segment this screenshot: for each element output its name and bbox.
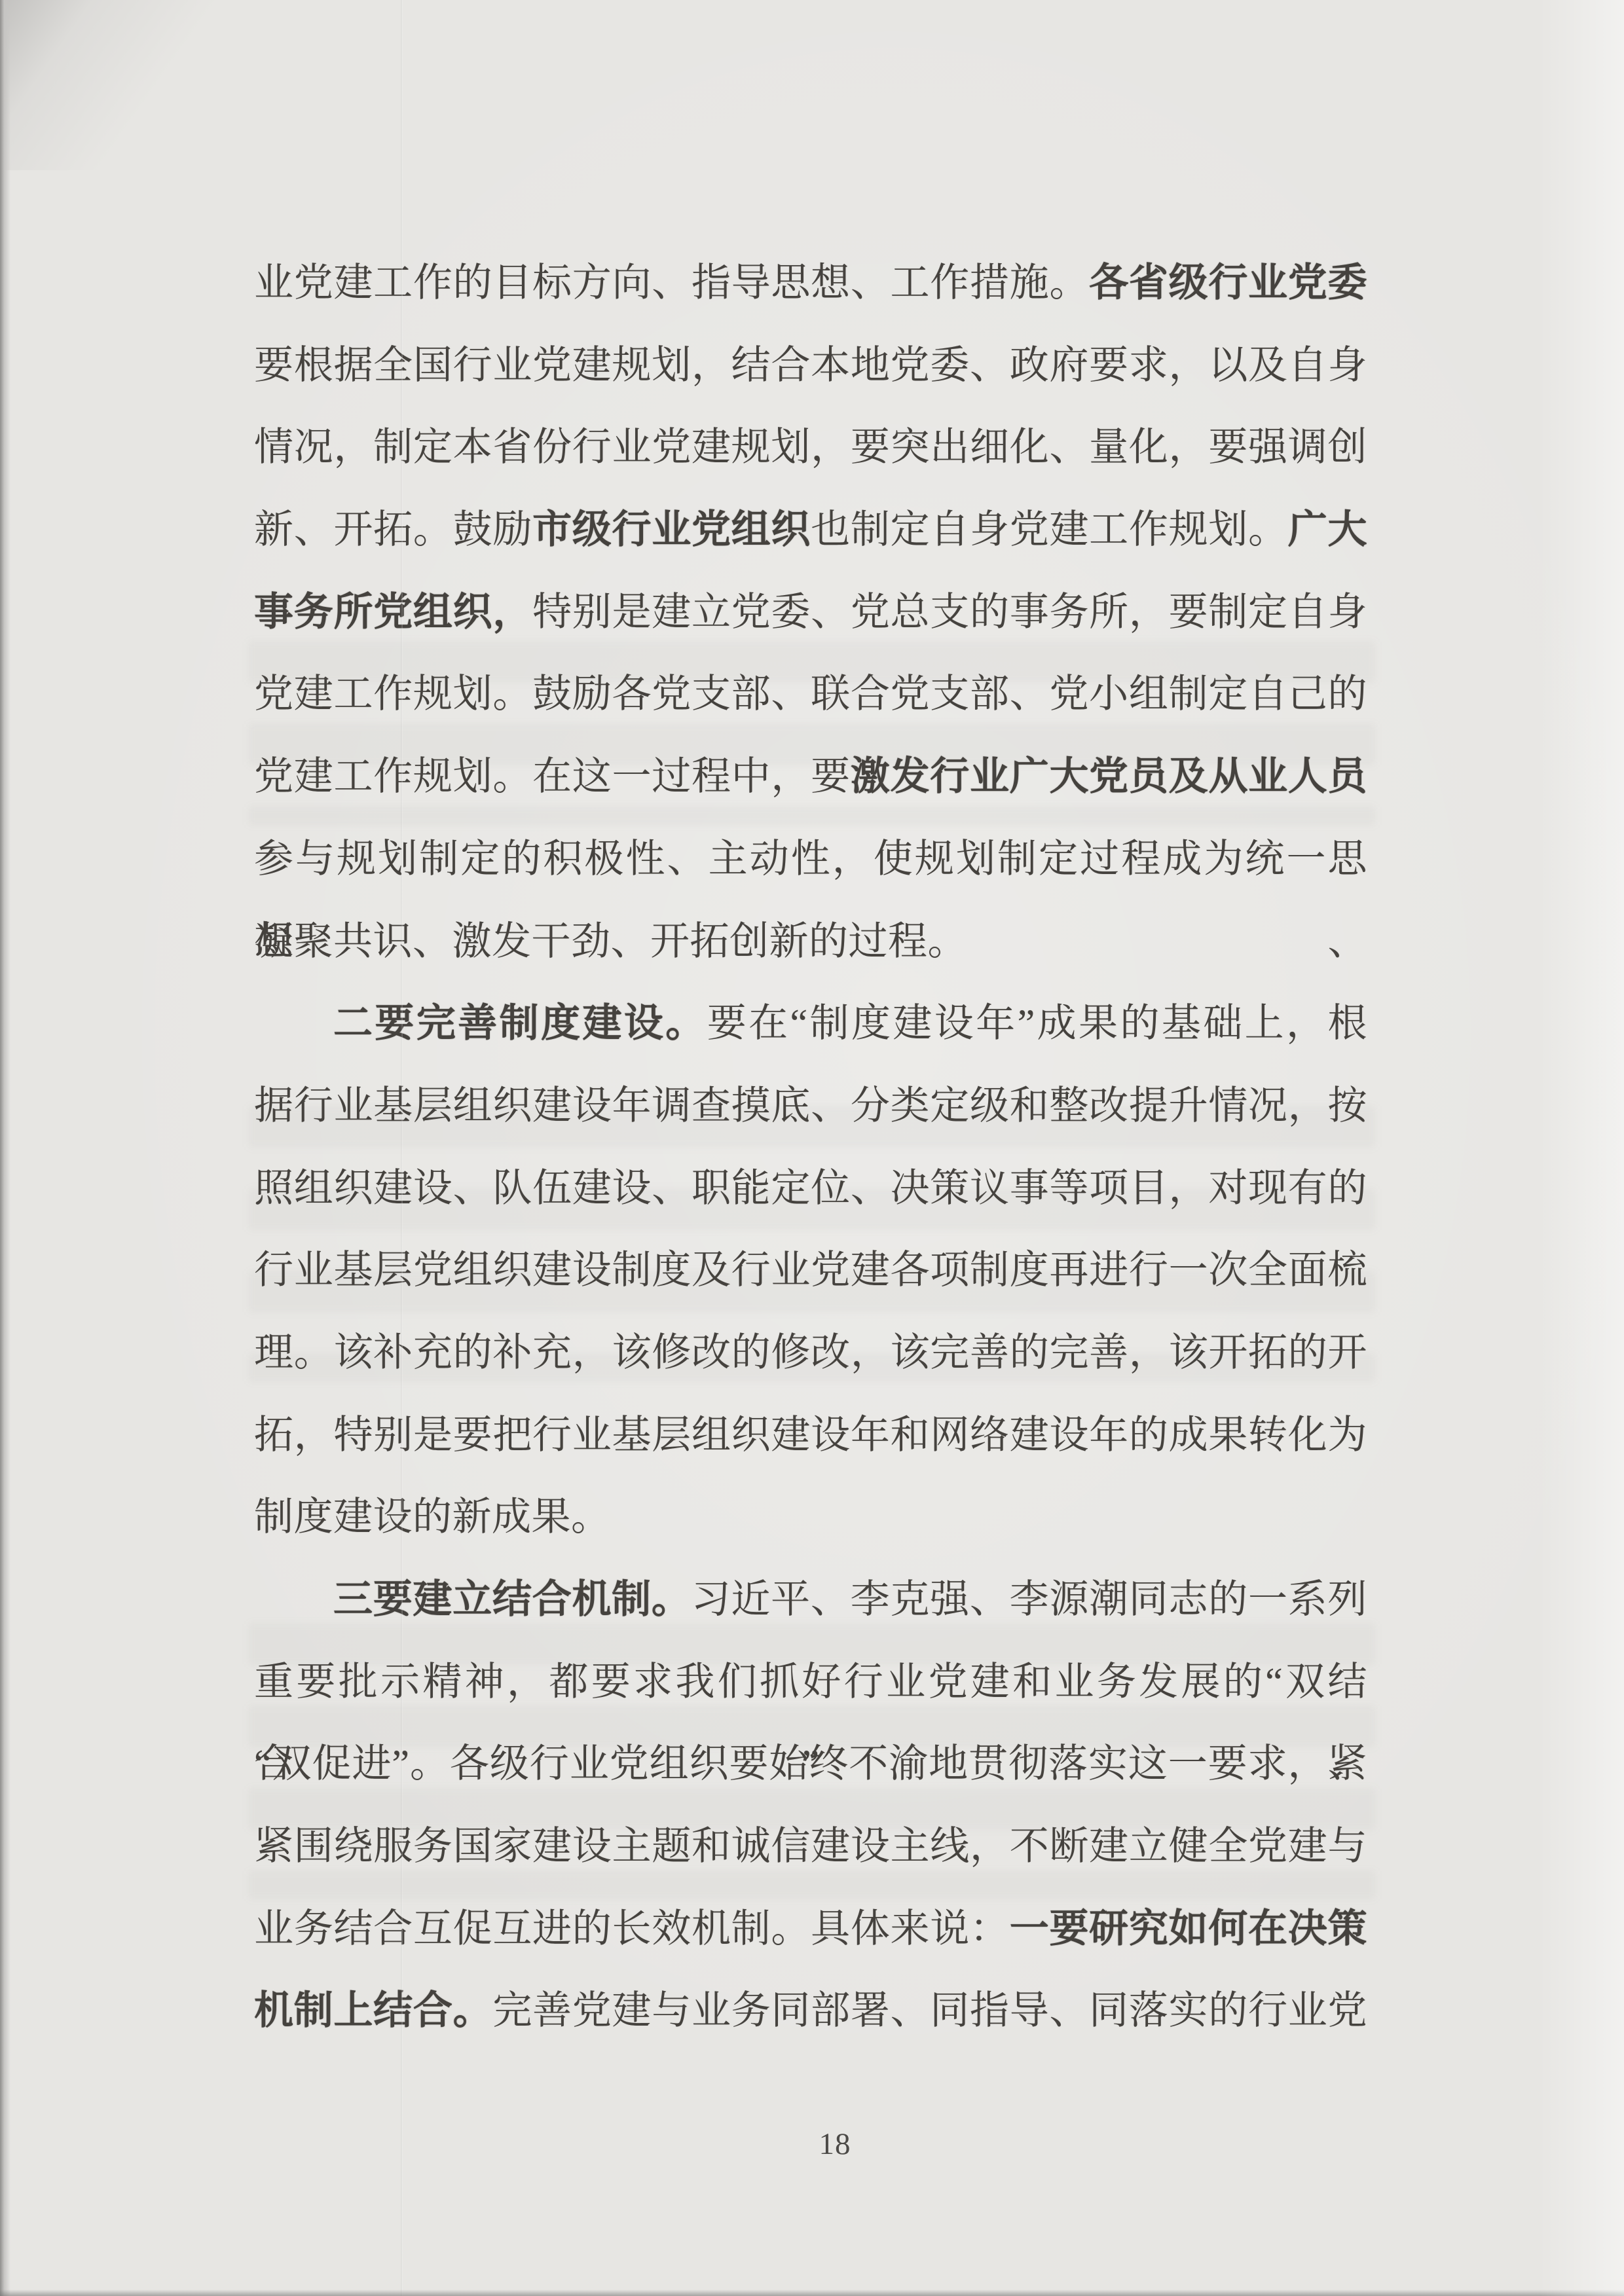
text-line: 情况，制定本省份行业党建规划，要突出细化、量化，要强调创 <box>254 407 1367 489</box>
paper-fold-line-artifact <box>401 0 403 2296</box>
text-run: “双促进”。各级行业党组织要始终不渝地贯彻落实这一要求，紧 <box>254 1742 1367 1785</box>
text-line: 制度建设的新成果。 <box>254 1476 1367 1559</box>
bold-text-run: 激发行业广大党员及从业人员 <box>851 755 1367 798</box>
scanned-document-page: 业党建工作的目标方向、指导思想、工作措施。各省级行业党委要根据全国行业党建规划，… <box>0 0 1624 2296</box>
text-run: 也制定自身党建工作规划。 <box>811 508 1288 551</box>
text-run: 据行业基层组织建设年调查摸底、分类定级和整改提升情况，按 <box>254 1084 1367 1127</box>
page-number: 18 <box>46 2126 1624 2162</box>
scan-right-edge-highlight-artifact <box>1539 0 1624 2296</box>
text-run: 理。该补充的补充，该修改的修改，该完善的完善，该开拓的开 <box>254 1331 1367 1374</box>
text-run: 制度建设的新成果。 <box>254 1495 611 1539</box>
bold-text-run: 三要建立结合机制。 <box>333 1578 692 1621</box>
text-line: 三要建立结合机制。习近平、李克强、李源潮同志的一系列 <box>254 1559 1367 1641</box>
text-line: 机制上结合。完善党建与业务同部署、同指导、同落实的行业党 <box>254 1970 1367 2052</box>
text-line: 理。该补充的补充，该修改的修改，该完善的完善，该开拓的开 <box>254 1312 1367 1394</box>
text-line: 业务结合互促互进的长效机制。具体来说：一要研究如何在决策 <box>254 1888 1367 1971</box>
scan-left-edge-shadow-artifact <box>0 0 10 2296</box>
bold-text-run: 事务所党组织， <box>254 591 532 634</box>
text-line: 行业基层党组织建设制度及行业党建各项制度再进行一次全面梳 <box>254 1230 1367 1312</box>
text-line: 紧围绕服务国家建设主题和诚信建设主线，不断建立健全党建与 <box>254 1806 1367 1888</box>
text-line: 新、开拓。鼓励市级行业党组织也制定自身党建工作规划。广大 <box>254 489 1367 572</box>
bold-text-run: 市级行业党组织 <box>532 508 811 551</box>
scan-corner-shadow-artifact <box>0 0 301 170</box>
text-line: 拓，特别是要把行业基层组织建设年和网络建设年的成果转化为 <box>254 1394 1367 1477</box>
bold-text-run: 二要完善制度建设。 <box>333 1002 707 1045</box>
bold-text-run: 各省级行业党委 <box>1089 261 1367 304</box>
text-run: 拓，特别是要把行业基层组织建设年和网络建设年的成果转化为 <box>254 1413 1367 1457</box>
document-text-body: 业党建工作的目标方向、指导思想、工作措施。各省级行业党委要根据全国行业党建规划，… <box>254 242 1367 2052</box>
scan-bottom-edge-shadow-artifact <box>0 2289 1624 2296</box>
text-run: 习近平、李克强、李源潮同志的一系列 <box>692 1578 1367 1621</box>
text-run: 紧围绕服务国家建设主题和诚信建设主线，不断建立健全党建与 <box>254 1825 1367 1868</box>
text-run: 凝聚共识、激发干劲、开拓创新的过程。 <box>254 920 967 963</box>
text-line: 业党建工作的目标方向、指导思想、工作措施。各省级行业党委 <box>254 242 1367 325</box>
text-line: 照组织建设、队伍建设、职能定位、决策议事等项目，对现有的 <box>254 1148 1367 1230</box>
text-line: 二要完善制度建设。要在“制度建设年”成果的基础上，根 <box>254 983 1367 1065</box>
text-run: 业党建工作的目标方向、指导思想、工作措施。 <box>254 261 1089 304</box>
text-run: 特别是建立党委、党总支的事务所，要制定自身 <box>532 591 1367 634</box>
text-line: 重要批示精神，都要求我们抓好行业党建和业务发展的“双结合”、 <box>254 1641 1367 1724</box>
text-run: 业务结合互促互进的长效机制。具体来说： <box>254 1907 1010 1950</box>
bold-text-run: 广大 <box>1288 508 1367 551</box>
bold-text-run: 机制上结合。 <box>254 1989 492 2032</box>
text-line: 事务所党组织，特别是建立党委、党总支的事务所，要制定自身 <box>254 572 1367 654</box>
text-run: 行业基层党组织建设制度及行业党建各项制度再进行一次全面梳 <box>254 1248 1367 1292</box>
text-run: 党建工作规划。在这一过程中，要 <box>254 755 851 798</box>
text-line: 党建工作规划。鼓励各党支部、联合党支部、党小组制定自己的 <box>254 653 1367 736</box>
text-run: 党建工作规划。鼓励各党支部、联合党支部、党小组制定自己的 <box>254 672 1367 716</box>
text-run: 要根据全国行业党建规划，结合本地党委、政府要求，以及自身 <box>254 344 1367 387</box>
text-line: “双促进”。各级行业党组织要始终不渝地贯彻落实这一要求，紧 <box>254 1723 1367 1806</box>
text-line: 要根据全国行业党建规划，结合本地党委、政府要求，以及自身 <box>254 325 1367 407</box>
text-run: 完善党建与业务同部署、同指导、同落实的行业党 <box>492 1989 1367 2032</box>
text-run: 要在“制度建设年”成果的基础上，根 <box>707 1002 1367 1045</box>
bold-text-run: 一要研究如何在决策 <box>1010 1907 1367 1950</box>
text-run: 情况，制定本省份行业党建规划，要突出细化、量化，要强调创 <box>254 426 1367 469</box>
text-line: 据行业基层组织建设年调查摸底、分类定级和整改提升情况，按 <box>254 1065 1367 1148</box>
text-run: 新、开拓。鼓励 <box>254 508 532 551</box>
text-line: 党建工作规划。在这一过程中，要激发行业广大党员及从业人员 <box>254 736 1367 818</box>
text-run: 照组织建设、队伍建设、职能定位、决策议事等项目，对现有的 <box>254 1167 1367 1210</box>
text-line: 参与规划制定的积极性、主动性，使规划制定过程成为统一思想、 <box>254 818 1367 901</box>
